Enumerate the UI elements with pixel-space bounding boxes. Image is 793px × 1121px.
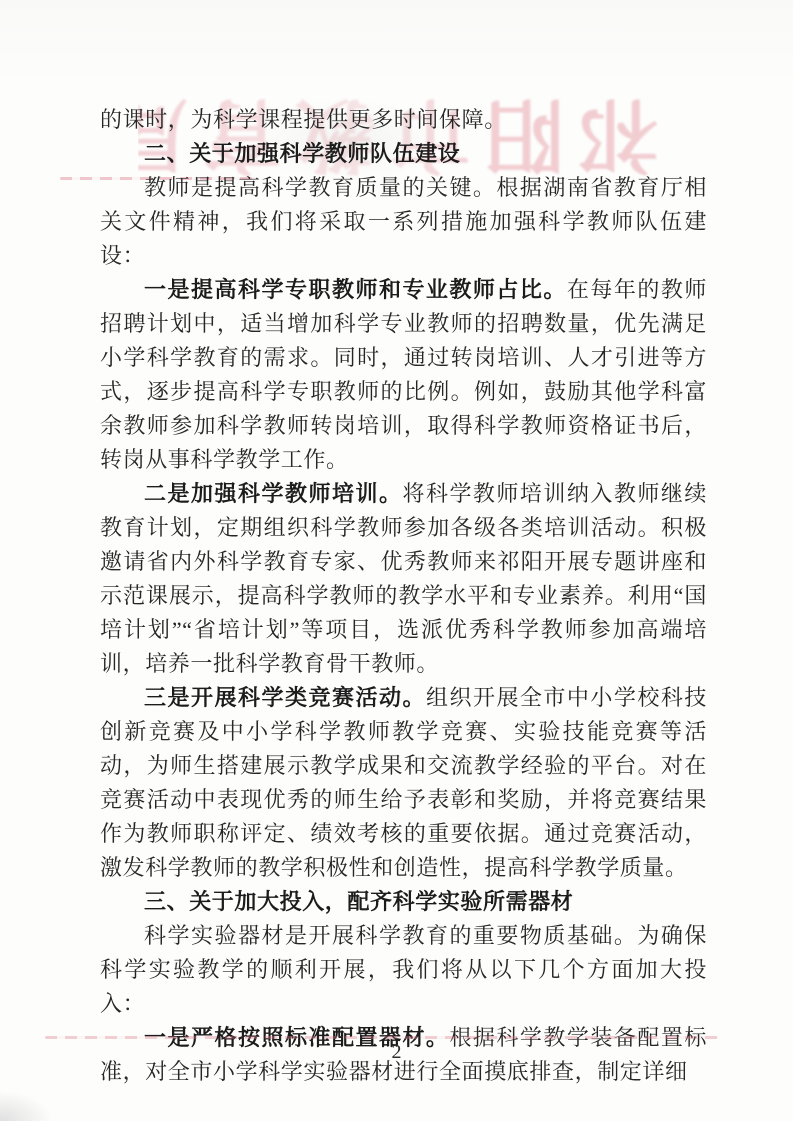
scan-artifact-line-bottom [45,1036,718,1039]
bold-text-run: 三是开展科学类竞赛活动。 [144,685,426,710]
scan-corner-smudge [0,1071,80,1121]
paragraph: 一是提高科学专职教师和专业教师占比。在每年的教师招聘计划中，适当增加科学专业教师… [100,273,707,477]
text-run: 在每年的教师招聘计划中，适当增加科学专业教师的招聘数量，优先满足小学科学教育的需… [100,277,707,472]
paragraph: 教师是提高科学教育质量的关键。根据湖南省教育厅相关文件精神，我们将采取一系列措施… [100,171,707,273]
bold-text-run: 一是提高科学专职教师和专业教师占比。 [144,277,567,302]
text-run: 组织开展全市中小学校科技创新竞赛及中小学科学教师教学竞赛、实验技能竞赛等活动，为… [100,685,707,880]
paragraph: 二是加强科学教师培训。将科学教师培训纳入教师继续教育计划，定期组织科学教师参加各… [100,477,707,681]
bold-text-run: 三、关于加大投入，配齐科学实验所需器材 [144,889,573,914]
section-heading: 二、关于加强科学教师队伍建设 [100,137,707,171]
page-number: 2 [0,1041,793,1064]
bold-text-run: 二、关于加强科学教师队伍建设 [144,141,460,166]
text-run: 教师是提高科学教育质量的关键。根据湖南省教育厅相关文件精神，我们将采取一系列措施… [100,175,707,268]
paragraph: 科学实验器材是开展科学教育的重要物质基础。为确保科学实验教学的顺利开展，我们将从… [100,919,707,1021]
bold-text-run: 二是加强科学教师培训。 [144,481,402,506]
section-heading: 三、关于加大投入，配齐科学实验所需器材 [100,885,707,919]
paragraph: 的课时，为科学课程提供更多时间保障。 [100,103,707,137]
text-run: 将科学教师培训纳入教师继续教育计划，定期组织科学教师参加各级各类培训活动。积极邀… [100,481,707,676]
scanned-document-page: 祁阳市教育局 的课时，为科学课程提供更多时间保障。二、关于加强科学教师队伍建设教… [0,0,793,1121]
document-body: 的课时，为科学课程提供更多时间保障。二、关于加强科学教师队伍建设教师是提高科学教… [100,103,707,1089]
paragraph: 三是开展科学类竞赛活动。组织开展全市中小学校科技创新竞赛及中小学科学教师教学竞赛… [100,681,707,885]
text-run: 科学实验器材是开展科学教育的重要物质基础。为确保科学实验教学的顺利开展，我们将从… [100,923,707,1016]
text-run: 的课时，为科学课程提供更多时间保障。 [100,107,507,132]
